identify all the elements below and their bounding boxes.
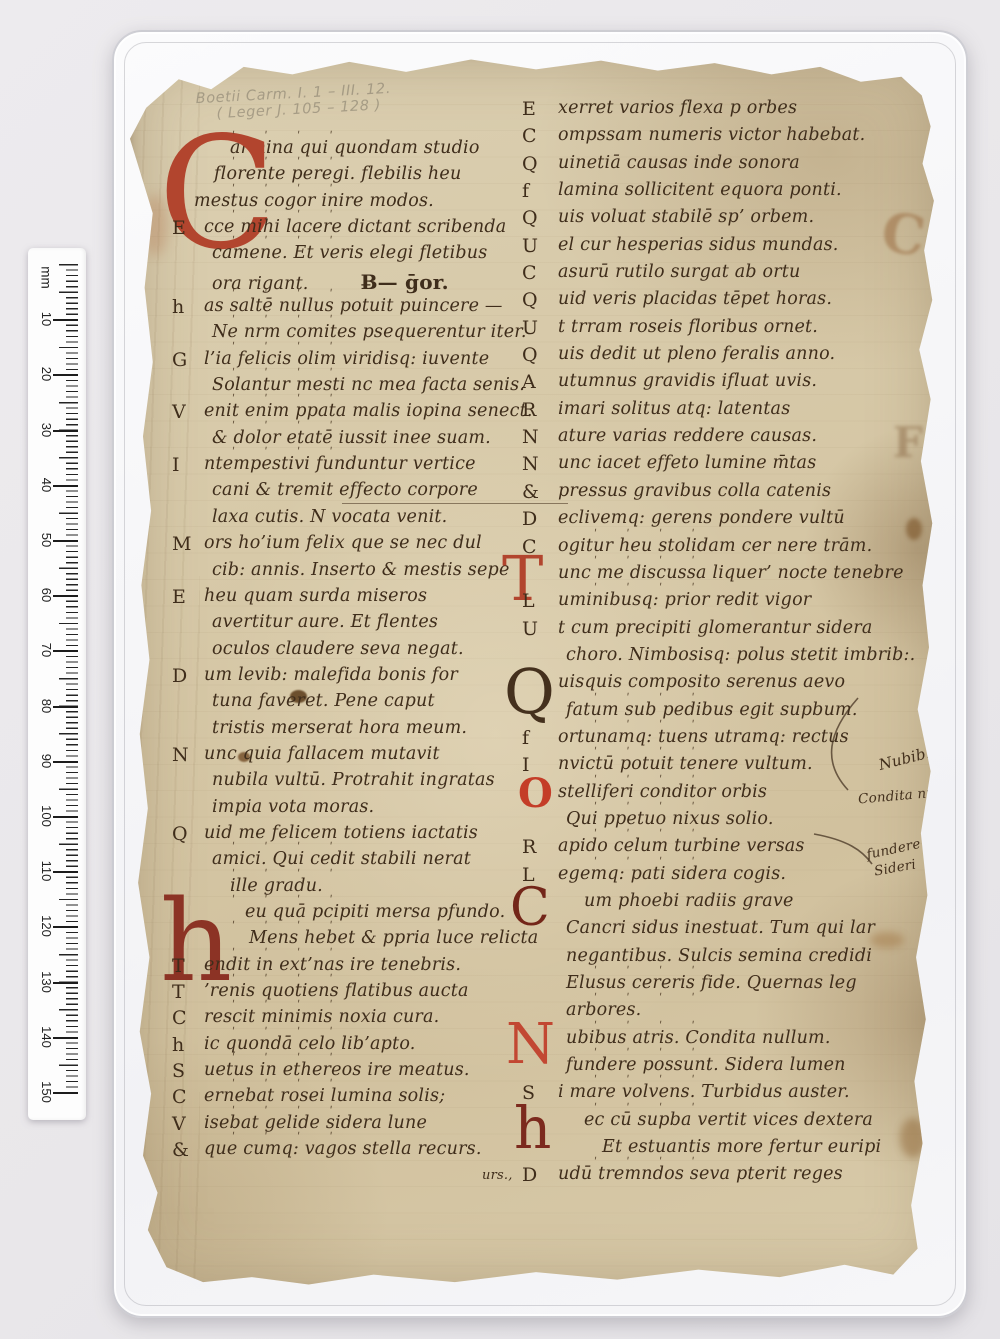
manuscript-line: Ecce mihi lacere dictant scribendaʹ ʹ ʹ …	[172, 217, 540, 243]
versal-initial: Q	[172, 823, 188, 846]
versal-initial: L	[522, 590, 535, 613]
interlinear-gloss-marks: ʹ ʹ ʹ ʹ	[232, 446, 346, 459]
manuscript-line: ora rigant.Ƀ— ḡor.	[172, 270, 540, 296]
interlinear-gloss-marks: ʹ ʹ ʹ ʹ	[594, 746, 708, 759]
versal-initial: Q	[522, 344, 538, 367]
line-text: tuna faveret. Pene caput	[212, 691, 435, 711]
left-text-column: Carmina qui quondam studioʹ ʹ ʹ ʹflorent…	[172, 138, 540, 1165]
interlinear-gloss-marks: ʹ ʹ ʹ ʹ	[594, 1074, 708, 1087]
interlinear-gloss-marks: ʹ ʹ ʹ ʹ	[594, 965, 708, 978]
line-text: uisquis composito serenus aevo	[558, 672, 845, 692]
manuscript-line: Nature varias reddere causas.	[522, 426, 938, 453]
right-text-column: Exerret varios flexa p orbesCompssam num…	[522, 98, 938, 1192]
manuscript-line: Quisquis composito serenus aevo	[522, 672, 938, 699]
ruler-number: 40	[38, 468, 54, 502]
versal-initial: G	[172, 349, 187, 372]
manuscript-line: Mens hebet & ppria luce relictaʹ ʹ ʹ ʹ	[172, 928, 540, 954]
interlinear-gloss-marks: ʹ ʹ ʹ ʹ	[232, 288, 346, 301]
ruler-major-tick	[53, 540, 78, 542]
interlinear-gloss-marks: ʹ ʹ ʹ ʹ	[232, 341, 346, 354]
versal-initial: N	[522, 426, 539, 449]
interlinear-gloss-marks: ʹ ʹ ʹ ʹ	[232, 868, 346, 881]
manuscript-line: fortunamq: tuens utramq: rectusʹ ʹ ʹ ʹ	[522, 727, 938, 754]
ruler-medium-ticks	[59, 264, 78, 1093]
line-text: unc quia fallacem mutavit	[204, 744, 440, 764]
line-text: tristis merserat hora meum.	[212, 718, 467, 738]
manuscript-line: Tendit in ext’nas ire tenebris.ʹ ʹ ʹ ʹ	[172, 955, 540, 981]
manuscript-line: Quid veris placidas tēpet horas.	[522, 289, 938, 316]
interlinear-gloss-marks: ʹ ʹ ʹ ʹ	[594, 828, 708, 841]
manuscript-line: Suetus in ethereos ire meatus.ʹ ʹ ʹ ʹ	[172, 1060, 540, 1086]
line-text: unc iacet effeto lumine m̄tas	[558, 453, 816, 473]
manuscript-line: Mors ho’ium felix que se nec dul	[172, 533, 540, 559]
interlinear-gloss-marks: ʹ ʹ ʹ ʹ	[594, 582, 708, 595]
ruler-major-tick	[53, 1092, 78, 1094]
manuscript-line: cib: annis. Inserto & mestis sepe	[172, 560, 540, 586]
manuscript-photo: mm 102030405060708090100110120130140150 …	[0, 0, 1000, 1339]
versal-initial: R	[522, 836, 537, 859]
interlinear-gloss-marks: ʹ ʹ ʹ ʹ	[232, 314, 346, 327]
interlinear-gloss-marks: ʹ ʹ ʹ ʹ	[594, 1102, 708, 1115]
interlinear-gloss-marks: ʹ ʹ ʹ ʹ	[232, 235, 346, 248]
line-text: imari solitus atq: latentas	[558, 399, 790, 419]
interlinear-gloss-marks: ʹ ʹ ʹ ʹ	[232, 1052, 346, 1065]
manuscript-line: Cernebat rosei lumina solis;ʹ ʹ ʹ ʹ	[172, 1086, 540, 1112]
manuscript-line: Rimari solitus atq: latentas	[522, 399, 938, 426]
manuscript-line: camene. Et veris elegi fletibusʹ ʹ ʹ ʹ	[172, 243, 540, 269]
interlinear-gloss-marks: ʹ ʹ ʹ ʹ	[232, 393, 346, 406]
ruler-major-tick	[53, 706, 78, 708]
versal-initial: C	[172, 1086, 187, 1109]
manuscript-line: tristis merserat hora meum.	[172, 718, 540, 744]
versal-initial: D	[522, 1164, 537, 1187]
interlinear-gloss-marks: ʹ ʹ ʹ ʹ	[232, 920, 346, 933]
manuscript-line: Compssam numeris victor habebat.	[522, 125, 938, 152]
versal-initial: D	[522, 508, 537, 531]
interlinear-gloss-marks: ʹ ʹ ʹ ʹ	[232, 894, 346, 907]
line-text: Et estuantis more fertur euripi	[602, 1137, 881, 1157]
interlinear-gloss-marks: ʹ ʹ ʹ ʹ	[232, 999, 346, 1012]
manuscript-line: Invictū potuit tenere vultum.ʹ ʹ ʹ ʹNubi…	[522, 754, 938, 781]
ruler-number: 150	[38, 1075, 54, 1109]
line-text: cani & tremit effecto corpore	[212, 480, 478, 500]
manuscript-line: heu quā pcipiti mersa pfundo.ʹ ʹ ʹ ʹ	[172, 902, 540, 928]
line-text: impia vota moras.	[212, 797, 374, 817]
manuscript-line: flamina sollicitent equora ponti.	[522, 180, 938, 207]
manuscript-line: Visebat gelide sidera luneʹ ʹ ʹ ʹ	[172, 1113, 540, 1139]
ruler-number: 100	[38, 799, 54, 833]
versal-initial: &	[522, 481, 539, 504]
interlinear-gloss-marks: ʹ ʹ ʹ ʹ	[232, 1105, 346, 1118]
interlinear-gloss-marks: ʹ ʹ ʹ ʹ	[232, 841, 346, 854]
line-text: uis voluat stabilē sp’ orbem.	[558, 207, 814, 227]
manuscript-line: Rapido celum turbine versasʹ ʹ ʹ ʹfunder…	[522, 836, 938, 863]
ruler-unit-label: mm	[39, 261, 54, 295]
manuscript-line: has saltē nullus potuit puincere —ʹ ʹ ʹ …	[172, 296, 540, 322]
manuscript-line: & dolor etatē iussit inee suam.ʹ ʹ ʹ ʹ	[172, 428, 540, 454]
ruler-number: 50	[38, 523, 54, 557]
line-text: um levib: malefida bonis for	[204, 665, 458, 685]
interlinear-gloss-marks: ʹ ʹ ʹ ʹ	[594, 1047, 708, 1060]
manuscript-line: tuna faveret. Pene caput	[172, 691, 540, 717]
ruler-number: 130	[38, 965, 54, 999]
manuscript-line: Ne nrm comites psequerentur iter.ʹ ʹ ʹ ʹ	[172, 322, 540, 348]
interlinear-gloss-marks: ʹ ʹ ʹ ʹ	[232, 183, 346, 196]
manuscript-line: Quinetiā causas inde sonora	[522, 153, 938, 180]
ruler-major-tick	[53, 926, 78, 928]
versal-initial: C	[172, 1007, 187, 1030]
versal-initial: I	[172, 454, 180, 477]
ruler-number: 120	[38, 909, 54, 943]
ruler-number: 20	[38, 357, 54, 391]
interlinear-gloss-marks: ʹ ʹ ʹ ʹ	[232, 1026, 346, 1039]
ruler-number: 80	[38, 689, 54, 723]
manuscript-line: Ostelliferi conditor orbisʹ ʹ ʹ ʹCondita…	[522, 782, 938, 809]
manuscript-line: fatum sub pedibus egit supbum.ʹ ʹ ʹ ʹ	[522, 700, 938, 727]
manuscript-line: Declivemq: gerens pondere vultū	[522, 508, 938, 535]
versal-initial: O	[518, 776, 553, 812]
interlinear-gloss-marks: ʹ ʹ ʹ ʹ	[232, 209, 346, 222]
interlinear-gloss-marks: ʹ ʹ ʹ ʹ	[594, 774, 708, 787]
manuscript-line: Gl’ia felicis olim viridisq: iuventeʹ ʹ …	[172, 349, 540, 375]
ruler-major-tick	[53, 374, 78, 376]
manuscript-line: Eheu quam surda miseros	[172, 586, 540, 612]
manuscript-line: Cum phoebi radiis grave	[522, 891, 938, 918]
versal-initial: N	[172, 744, 189, 767]
mm-ruler: mm 102030405060708090100110120130140150	[28, 248, 86, 1120]
manuscript-line: Cancri sidus inestuat. Tum qui lar	[522, 918, 938, 945]
manuscript-line: nubila vultū. Protrahit ingratas	[172, 770, 540, 796]
line-text: avertitur aure. Et flentes	[212, 612, 438, 632]
versal-initial: V	[172, 401, 186, 424]
line-text: asurū rutilo surgat ab ortu	[558, 262, 801, 282]
versal-initial: h	[172, 296, 184, 319]
line-text: cib: annis. Inserto & mestis sepe	[212, 560, 510, 580]
ruler-major-tick	[53, 485, 78, 487]
line-text: ors ho’ium felix que se nec dul	[204, 533, 482, 553]
versal-initial: V	[172, 1113, 186, 1136]
line-text: eclivemq: gerens pondere vultū	[558, 508, 845, 528]
versal-initial: f	[522, 180, 529, 203]
line-text: el cur hesperias sidus mundas.	[558, 235, 839, 255]
manuscript-line: impia vota moras.	[172, 797, 540, 823]
interlinear-gloss-marks: ʹ ʹ ʹ ʹ	[594, 992, 708, 1005]
versal-initial: U	[522, 618, 538, 641]
line-text: negantibus. Sulcis semina credidi	[566, 946, 872, 966]
ruler-major-tick	[53, 871, 78, 873]
versal-initial: C	[522, 125, 537, 148]
manuscript-line: urs.,Dudū tremndos seva pterit regesʹ ʹ …	[522, 1164, 938, 1191]
manuscript-line: choro. Nimbosisq: polus stetit imbrib:.	[522, 645, 938, 672]
line-text: lamina sollicitent equora ponti.	[558, 180, 842, 200]
interlinear-gloss-marks: ʹ ʹ ʹ ʹ	[232, 420, 346, 433]
manuscript-line: mestus cogor inire modos.ʹ ʹ ʹ ʹ	[172, 191, 540, 217]
manuscript-line: Ut trram roseis floribus ornet.	[522, 317, 938, 344]
versal-initial: f	[522, 727, 529, 750]
versal-initial: N	[522, 453, 539, 476]
line-text: uid veris placidas tēpet horas.	[558, 289, 832, 309]
versal-initial: E	[172, 217, 186, 240]
interlinear-gloss-marks: ʹ ʹ ʹ ʹ	[594, 719, 708, 732]
manuscript-line: amici. Qui cedit stabili neratʹ ʹ ʹ ʹ	[172, 849, 540, 875]
ruler-major-tick	[53, 595, 78, 597]
manuscript-line: Intempestivi funduntur verticeʹ ʹ ʹ ʹ	[172, 454, 540, 480]
versal-initial: M	[172, 533, 192, 556]
versal-initial: S	[172, 1060, 185, 1083]
versal-initial: A	[522, 371, 536, 394]
ruler-number: 140	[38, 1020, 54, 1054]
interlinear-gloss-marks: ʹ ʹ ʹ ʹ	[232, 1078, 346, 1091]
manuscript-line: Quis dedit ut pleno feralis anno.	[522, 344, 938, 371]
ruler-major-tick	[53, 982, 78, 984]
ruler-major-tick	[53, 816, 78, 818]
interlinear-gloss-marks: ʹ ʹ ʹ ʹ	[232, 1131, 346, 1144]
interlinear-gloss-marks: ʹ ʹ ʹ ʹ	[232, 973, 346, 986]
manuscript-line: Cogitur heu stolidam cer nere trām.ʹ ʹ ʹ…	[522, 536, 938, 563]
ruler-number: 110	[38, 854, 54, 888]
interlinear-gloss-marks: ʹ ʹ ʹ ʹ	[594, 801, 708, 814]
manuscript-line: Nubibus atris. Condita nullum.ʹ ʹ ʹ ʹ	[522, 1028, 938, 1055]
ruler-number: 30	[38, 413, 54, 447]
manuscript-line: T’renis quotiens flatibus auctaʹ ʹ ʹ ʹ	[172, 981, 540, 1007]
line-text: t cum precipiti glomerantur sidera	[558, 618, 872, 638]
versal-initial: h	[172, 1034, 184, 1057]
manuscript-line: oculos claudere seva negat.	[172, 639, 540, 665]
interlinear-gloss-marks: ʹ ʹ ʹ ʹ	[594, 1156, 708, 1169]
line-text: oculos claudere seva negat.	[212, 639, 464, 659]
manuscript-line: avertitur aure. Et flentes	[172, 612, 540, 638]
ruler-number: 60	[38, 578, 54, 612]
ruler-major-tick	[53, 319, 78, 321]
manuscript-line: Quid me felicem totiens iactatis	[172, 823, 540, 849]
line-text: heu quam surda miseros	[204, 586, 427, 606]
line-text: choro. Nimbosisq: polus stetit imbrib:.	[566, 645, 915, 665]
ruler-major-tick	[53, 430, 78, 432]
ruler-major-tick	[53, 650, 78, 652]
interlinear-gloss-marks: ʹ ʹ ʹ ʹ	[232, 156, 346, 169]
plastic-sleeve: Boetii Carm. I. 1 – III. 12. ( Leger J. …	[112, 30, 968, 1318]
interlinear-gloss-marks: ʹ ʹ ʹ ʹ	[232, 367, 346, 380]
line-text: uinetiā causas inde sonora	[558, 153, 800, 173]
versal-initial: R	[522, 399, 537, 422]
versal-initial: &	[172, 1139, 189, 1162]
manuscript-line: &pressus gravibus colla catenis	[522, 481, 938, 508]
interlinear-gloss-marks: ʹ ʹ ʹ ʹ	[594, 1020, 708, 1033]
line-text: uid me felicem totiens iactatis	[204, 823, 478, 843]
line-text: utumnus gravidis ifluat uvis.	[558, 371, 817, 391]
manuscript-line: Qui ppetuo nixus solio.ʹ ʹ ʹ ʹ	[522, 809, 938, 836]
manuscript-line: negantibus. Sulcis semina credidi	[522, 946, 938, 973]
line-text: xerret varios flexa p orbes	[558, 98, 797, 118]
manuscript-line: Si mare volvens. Turbidus auster.ʹ ʹ ʹ ʹ	[522, 1082, 938, 1109]
manuscript-line: Elusus cereris fide. Quernas legʹ ʹ ʹ ʹ	[522, 973, 938, 1000]
manuscript-line: Carmina qui quondam studioʹ ʹ ʹ ʹ	[172, 138, 540, 164]
manuscript-line: Venit enim ppata malis iopina senect.ʹ ʹ…	[172, 401, 540, 427]
interlinear-gloss-marks: ʹ ʹ ʹ ʹ	[232, 130, 346, 143]
versal-initial: U	[522, 235, 538, 258]
ruler-major-tick	[53, 1037, 78, 1039]
manuscript-line: cani & tremit effecto corpore	[172, 480, 540, 506]
manuscript-line: Luminibusq: prior redit vigorʹ ʹ ʹ ʹ	[522, 590, 938, 617]
manuscript-line: laxa cutis. N vocata venit.	[172, 507, 540, 533]
versal-initial: Q	[522, 207, 538, 230]
manuscript-line: florente peregi. flebilis heuʹ ʹ ʹ ʹ	[172, 164, 540, 190]
ruler-major-tick	[53, 761, 78, 763]
manuscript-line: Solantur mesti nc mea facta senis.ʹ ʹ ʹ …	[172, 375, 540, 401]
versal-initial: E	[172, 586, 186, 609]
manuscript-line: Tunc me discussa liquer’ nocte tenebreʹ …	[522, 563, 938, 590]
ruler-number: 70	[38, 633, 54, 667]
carryover-text: urs.,	[482, 1168, 513, 1183]
manuscript-line: Nunc quia fallacem mutavit	[172, 744, 540, 770]
interlinear-gloss-marks: ʹ ʹ ʹ ʹ	[594, 856, 708, 869]
manuscript-line: Nunc iacet effeto lumine m̄tas	[522, 453, 938, 480]
manuscript-line: Ut cum precipiti glomerantur sidera	[522, 618, 938, 645]
manuscript-line: Et estuantis more fertur euripi	[522, 1137, 938, 1164]
versal-initial: U	[522, 317, 538, 340]
manuscript-line: hic quondā celo lib’apto.ʹ ʹ ʹ ʹ	[172, 1034, 540, 1060]
manuscript-line: arbores.ʹ ʹ ʹ ʹ	[522, 1000, 938, 1027]
interlinear-gloss-marks: ʹ ʹ ʹ ʹ	[594, 555, 708, 568]
versal-initial: T	[172, 955, 185, 978]
line-text: laxa cutis. N vocata venit.	[212, 507, 447, 527]
versal-initial: C	[522, 262, 537, 285]
manuscript-line: fundere possunt. Sidera lumenʹ ʹ ʹ ʹ	[522, 1055, 938, 1082]
versal-initial: E	[522, 98, 536, 121]
manuscript-line: Uel cur hesperias sidus mundas.	[522, 235, 938, 262]
versal-initial: D	[172, 665, 187, 688]
ruler-number: 10	[38, 302, 54, 336]
line-text: uis dedit ut pleno feralis anno.	[558, 344, 835, 364]
versal-initial: T	[172, 981, 185, 1004]
ruler-number: 90	[38, 744, 54, 778]
line-text: ompssam numeris victor habebat.	[558, 125, 865, 145]
manuscript-line: Quis voluat stabilē sp’ orbem.	[522, 207, 938, 234]
versal-initial: Q	[522, 153, 538, 176]
interlinear-gloss-marks: ʹ ʹ ʹ ʹ	[594, 528, 708, 541]
margin-note: Ƀ— ḡor.	[361, 270, 449, 294]
manuscript-line: hec cū supba vertit vices dexteraʹ ʹ ʹ ʹ	[522, 1110, 938, 1137]
manuscript-line: Casurū rutilo surgat ab ortu	[522, 262, 938, 289]
versal-initial: Q	[522, 289, 538, 312]
interlinear-gloss-marks: ʹ ʹ ʹ ʹ	[594, 692, 708, 705]
line-text: um phoebi radiis grave	[584, 891, 794, 911]
manuscript-line: Exerret varios flexa p orbes	[522, 98, 938, 125]
line-text: pressus gravibus colla catenis	[558, 481, 831, 501]
manuscript-line: &que cumq: vagos stella recurs.ʹ ʹ ʹ ʹ	[172, 1139, 540, 1165]
manuscript-line: Crescit minimis noxia cura.ʹ ʹ ʹ ʹ	[172, 1007, 540, 1033]
line-text: ature varias reddere causas.	[558, 426, 817, 446]
manuscript-line: Autumnus gravidis ifluat uvis.	[522, 371, 938, 398]
parchment-page: Boetii Carm. I. 1 – III. 12. ( Leger J. …	[130, 52, 942, 1292]
manuscript-line: Dum levib: malefida bonis for	[172, 665, 540, 691]
line-text: t trram roseis floribus ornet.	[558, 317, 818, 337]
line-text: nubila vultū. Protrahit ingratas	[212, 770, 495, 790]
manuscript-line: Legemq: pati sidera cogis.ʹ ʹ ʹ ʹSideri	[522, 864, 938, 891]
line-text: Cancri sidus inestuat. Tum qui lar	[566, 918, 875, 938]
interlinear-gloss-marks: ʹ ʹ ʹ ʹ	[232, 947, 346, 960]
